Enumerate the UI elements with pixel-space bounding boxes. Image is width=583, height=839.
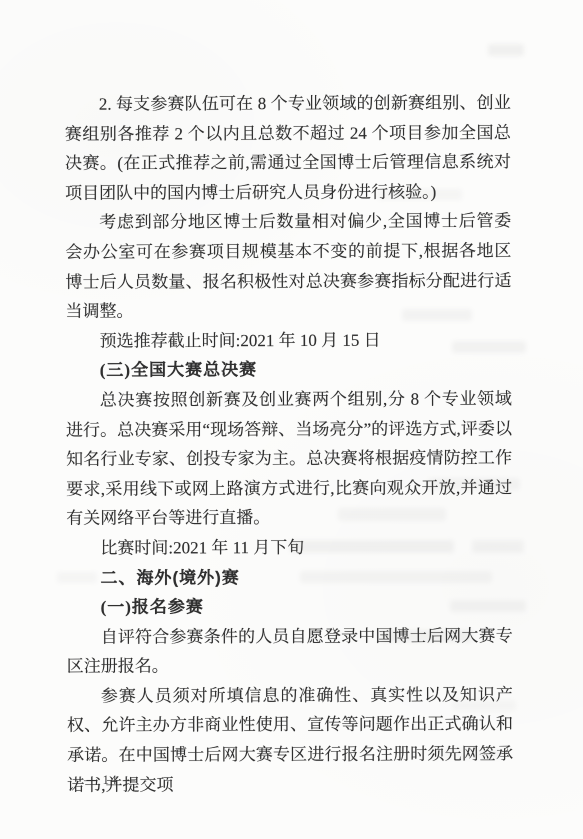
paragraph-competition-time: 比赛时间:2021 年 11 月下旬 [66, 532, 512, 563]
subheading-national-finals: (三)全国大赛总决赛 [66, 355, 512, 386]
document-text-block: 2. 每支参赛队伍可在 8 个专业领域的创新赛组别、创业赛组别各推荐 2 个以内… [65, 88, 513, 800]
paragraph-recommend-deadline: 预选推荐截止时间:2021 年 10 月 15 日 [66, 325, 512, 356]
heading-overseas-competition: 二、海外(境外)赛 [66, 562, 512, 593]
paragraph-finals-format: 总决赛按照创新赛及创业赛两个组别,分 8 个专业领域进行。总决赛采用“现场答辩、… [66, 384, 513, 534]
paragraph-quota-adjustment: 考虑到部分地区博士后数量相对偏少,全国博士后管委会办公室可在参赛项目规模基本不变… [65, 207, 511, 327]
paragraph-team-quota: 2. 每支参赛队伍可在 8 个专业领域的创新赛组别、创业赛组别各推荐 2 个以内… [65, 88, 511, 208]
scanned-document-page: 2. 每支参赛队伍可在 8 个专业领域的创新赛组别、创业赛组别各推荐 2 个以内… [0, 0, 583, 839]
page-number: — 14 — [84, 773, 137, 788]
scan-smudge [488, 44, 524, 56]
subheading-registration: (一)报名参赛 [67, 591, 513, 622]
paragraph-self-registration: 自评符合参赛条件的人员自愿登录中国博士后网大赛专区注册报名。 [67, 621, 513, 682]
